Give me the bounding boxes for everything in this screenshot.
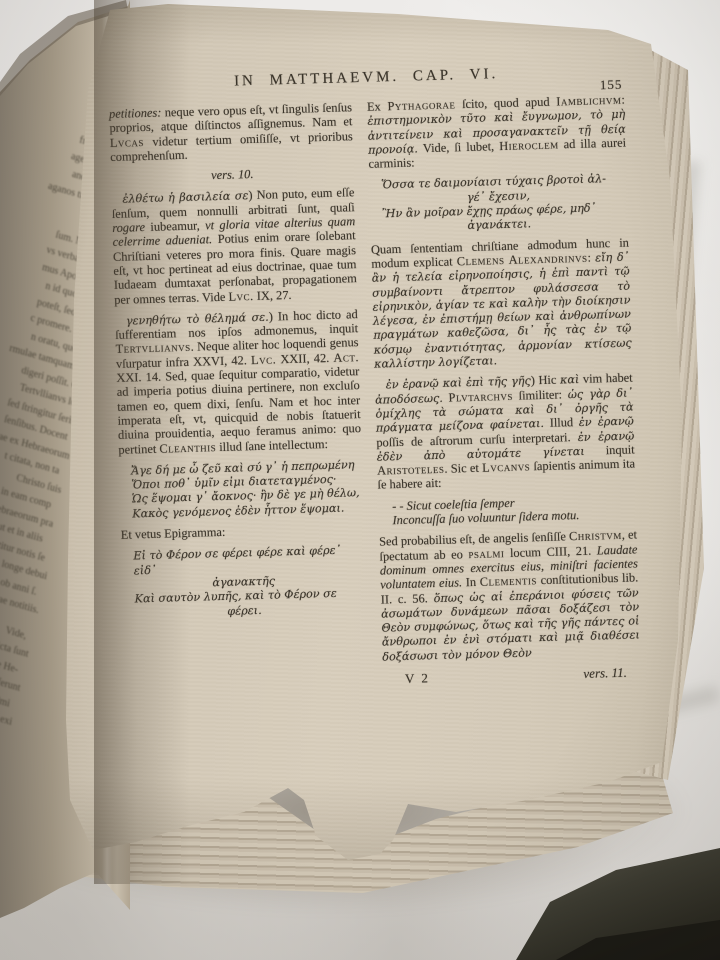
column-right: Ex Pythagorae ſcito, quod apud Iamblichv… [367,93,641,688]
paragraph: Quam ſententiam chriſtiane admodum hunc … [371,235,632,371]
paragraph: ἐλθέτω ἡ βασιλεία σε) Non puto, eum eſſe… [111,186,357,307]
paragraph: Ex Pythagorae ſcito, quod apud Iamblichv… [367,93,627,172]
text-columns: petitiones: neque vero opus eſt, vt ſing… [109,93,641,695]
column-right-text: Ex Pythagorae ſcito, quod apud Iamblichv… [367,93,641,664]
catchword: vers. 11. [583,665,627,682]
page-number: 155 [600,77,623,94]
paragraph: ἐν ἐρανῷ καὶ ἐπὶ τῆς γῆς) Hic καὶ vim ha… [375,371,636,493]
paragraph: Sed probabilius eſt, de angelis ſenſiſſe… [379,528,640,664]
column-left: petitiones: neque vero opus eſt, vt ſing… [109,100,368,695]
paragraph: vers. 10. [111,164,354,185]
signature-mark: V 2 [405,670,430,687]
paragraph: petitiones: neque vero opus eſt, vt ſing… [109,100,354,164]
book-photo: aliud quodis nuspiamfra eſt, commeagebat… [0,0,720,960]
paragraph: γενηθήτω τὸ θέλημά σε.) In hoc dicto ad … [115,307,362,457]
page-content: IN MATTHAEVM. CAP. VI. 155 petitiones: n… [108,62,641,695]
column-left-text: petitiones: neque vero opus eſt, vt ſing… [109,100,366,620]
paragraph: Et vetus Epigramma: [121,521,364,542]
